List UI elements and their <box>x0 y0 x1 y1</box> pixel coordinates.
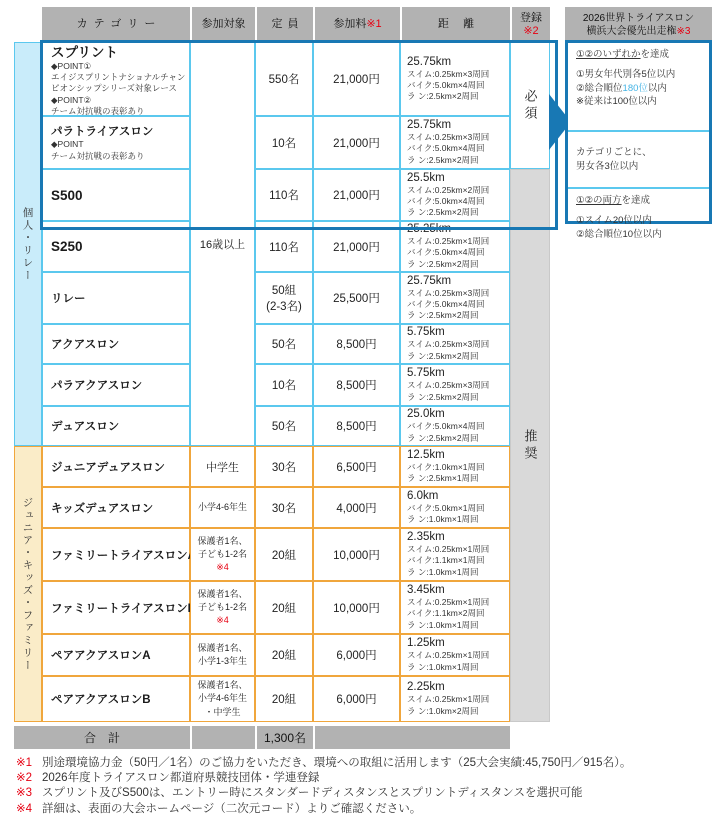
fee-cell: 6,000円 <box>313 634 400 676</box>
priority-panel-title-line1: 2026世界トライアスロン <box>583 12 694 25</box>
category-cell-s250: S250 <box>42 221 190 272</box>
total-filler-cell <box>313 722 510 749</box>
capacity-cell: 20組 <box>255 634 313 676</box>
header-registration-note: ※2 <box>523 25 538 38</box>
registration-required-cell: 必須 <box>510 42 550 169</box>
priority-condition-paratriathlon: カテゴリごとに、 男女各3位以内 <box>568 132 709 189</box>
distance-cell: 25.75km スイム:0.25km×3周回 バイク:5.0km×4周回 ラ ン… <box>400 272 510 324</box>
fee-cell: 25,500円 <box>313 272 400 324</box>
target-cell-junior: 中学生 <box>190 446 255 487</box>
distance-cell: 3.45km スイム:0.25km×1周回 バイク:1.1km×2周回 ラ ン:… <box>400 581 510 634</box>
distance-cell: 2.35km スイム:0.25km×1周回 バイク:1.1km×1周回 ラ ン:… <box>400 528 510 581</box>
distance-cell: 25.75km スイム:0.25km×3周回 バイク:5.0km×4周回 ラ ン… <box>400 42 510 116</box>
category-cell-s500: S500 <box>42 169 190 221</box>
target-cell-family-b: 保護者1名、 子ども1-2名 ※4 <box>190 581 255 634</box>
priority-panel-header: 2026世界トライアスロン 横浜大会優先出走権※3 <box>565 7 712 42</box>
capacity-cell: 30名 <box>255 446 313 487</box>
footnote-3: ※3 スプリント及びS500は、エントリー時にスタンダードディスタンスとスプリン… <box>16 786 716 801</box>
category-cell-paratriathlon: パラトライアスロン ◆POINT チーム対抗戦の表彰あり <box>42 116 190 169</box>
group-individual-relay: 個人・リレー <box>14 42 42 446</box>
target-cell-pair-b: 保護者1名、 小学4-6年生 ・中学生 <box>190 676 255 722</box>
capacity-cell: 30名 <box>255 487 313 528</box>
footnote-2: ※2 2026年度トライアスロン都道府県競技団体・学連登録 <box>16 771 716 786</box>
fee-cell: 6,500円 <box>313 446 400 487</box>
capacity-cell: 110名 <box>255 169 313 221</box>
capacity-cell: 550名 <box>255 42 313 116</box>
header-fee: 参加料※1 <box>313 7 400 42</box>
distance-cell: 5.75km スイム:0.25km×3周回 ラ ン:2.5km×2周回 <box>400 324 510 364</box>
fee-cell: 21,000円 <box>313 116 400 169</box>
header-capacity: 定員 <box>255 7 313 42</box>
category-cell-sprint: スプリント ◆POINT① エイジスプリントナショナルチャン ピオンシップシリー… <box>42 42 190 116</box>
capacity-cell: 50名 <box>255 406 313 446</box>
distance-cell: 1.25km スイム:0.25km×1周回 ラ ン:1.0km×1周回 <box>400 634 510 676</box>
group-junior-kids-family-label: ジュニア・キッズ・ファミリー <box>21 497 36 672</box>
total-capacity-cell: 1,300名 <box>255 722 313 749</box>
priority-condition-s500: ①②の両方を達成 ①スイム20位以内 ②総合順位10位以内 <box>568 189 709 245</box>
distance-cell: 25.75km スイム:0.25km×3周回 バイク:5.0km×4周回 ラ ン… <box>400 116 510 169</box>
target-cell-shared: 16歳以上 <box>190 42 255 446</box>
category-cell-aquathlon: アクアスロン <box>42 324 190 364</box>
distance-cell: 5.75km スイム:0.25km×3周回 ラ ン:2.5km×2周回 <box>400 364 510 406</box>
capacity-cell: 20組 <box>255 676 313 722</box>
category-cell-family-triathlon-a: ファミリートライアスロンA <box>42 528 190 581</box>
priority-panel-body: ①②のいずれかを達成 ①男女年代別各5位以内 ②総合順位180位以内 ※従来は1… <box>565 40 712 224</box>
fee-cell: 10,000円 <box>313 528 400 581</box>
distance-cell: 2.25km スイム:0.25km×1周回 ラ ン:1.0km×2周回 <box>400 676 510 722</box>
capacity-cell: 20組 <box>255 528 313 581</box>
distance-cell: 12.5km バイク:1.0km×1周回 ラ ン:2.5km×1周回 <box>400 446 510 487</box>
footnote-4: ※4 詳細は、表面の大会ホームページ（二次元コード）よりご確認ください。 <box>16 802 716 817</box>
footnote-1: ※1 別途環境協力金（50円／1名）のご協力をいただき、環境への取組に活用します… <box>16 756 716 771</box>
priority-panel-title-line2: 横浜大会優先出走権※3 <box>587 25 691 38</box>
header-registration: 登録 ※2 <box>510 7 550 42</box>
priority-condition-sprint: ①②のいずれかを達成 ①男女年代別各5位以内 ②総合順位180位以内 ※従来は1… <box>568 43 709 132</box>
fee-cell: 4,000円 <box>313 487 400 528</box>
category-cell-junior-duathlon: ジュニアデュアスロン <box>42 446 190 487</box>
category-cell-family-triathlon-b: ファミリートライアスロンB <box>42 581 190 634</box>
fee-cell: 8,500円 <box>313 364 400 406</box>
target-cell-family-a: 保護者1名、 子ども1-2名 ※4 <box>190 528 255 581</box>
capacity-cell: 110名 <box>255 221 313 272</box>
fee-cell: 8,500円 <box>313 324 400 364</box>
capacity-cell: 50名 <box>255 324 313 364</box>
header-target: 参加対象 <box>190 7 255 42</box>
header-fee-label: 参加料 <box>333 18 366 30</box>
group-junior-kids-family: ジュニア・キッズ・ファミリー <box>14 446 42 722</box>
capacity-cell: 10名 <box>255 364 313 406</box>
footnotes: ※1 別途環境協力金（50円／1名）のご協力をいただき、環境への取組に活用します… <box>16 756 716 817</box>
fee-cell: 21,000円 <box>313 169 400 221</box>
category-cell-relay: リレー <box>42 272 190 324</box>
category-table: カテゴリー 参加対象 定員 参加料※1 距離 登録 ※2 個人・リレー ジュニア… <box>14 7 550 749</box>
registration-recommended-cell: 推奨 <box>510 169 550 722</box>
capacity-cell: 10名 <box>255 116 313 169</box>
fee-cell: 8,500円 <box>313 406 400 446</box>
distance-cell: 6.0km バイク:5.0km×1周回 ラ ン:1.0km×1周回 <box>400 487 510 528</box>
category-cell-duathlon: デュアスロン <box>42 406 190 446</box>
total-target-cell <box>190 722 255 749</box>
header-fee-note: ※1 <box>366 18 381 30</box>
entry-category-table-page: カテゴリー 参加対象 定員 参加料※1 距離 登録 ※2 個人・リレー ジュニア… <box>0 0 720 819</box>
header-category: カテゴリー <box>42 7 190 42</box>
category-cell-pair-aquathlon-a: ペアアクアスロンA <box>42 634 190 676</box>
fee-cell: 6,000円 <box>313 676 400 722</box>
capacity-cell: 50組 (2-3名) <box>255 272 313 324</box>
distance-cell: 25.25km スイム:0.25km×1周回 バイク:5.0km×4周回 ラ ン… <box>400 221 510 272</box>
fee-cell: 21,000円 <box>313 42 400 116</box>
category-cell-para-aquathlon: パラアクアスロン <box>42 364 190 406</box>
target-cell-pair-a: 保護者1名、 小学1-3年生 <box>190 634 255 676</box>
category-cell-pair-aquathlon-b: ペアアクアスロンB <box>42 676 190 722</box>
fee-cell: 10,000円 <box>313 581 400 634</box>
capacity-cell: 20組 <box>255 581 313 634</box>
distance-cell: 25.5km スイム:0.25km×2周回 バイク:5.0km×4周回 ラ ン:… <box>400 169 510 221</box>
distance-cell: 25.0km バイク:5.0km×4周回 ラ ン:2.5km×2周回 <box>400 406 510 446</box>
total-label-cell: 合 計 <box>14 722 190 749</box>
header-registration-label: 登録 <box>520 12 542 25</box>
fee-cell: 21,000円 <box>313 221 400 272</box>
target-cell-kids: 小学4-6年生 <box>190 487 255 528</box>
category-cell-kids-duathlon: キッズデュアスロン <box>42 487 190 528</box>
header-distance: 距離 <box>400 7 510 42</box>
group-individual-relay-label: 個人・リレー <box>21 207 36 282</box>
